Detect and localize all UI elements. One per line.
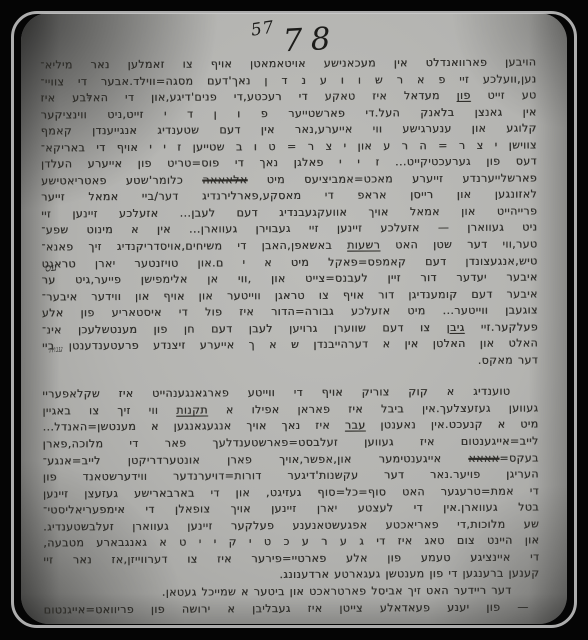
handwritten-page-number-large: 78 <box>282 21 339 60</box>
underlined-word: תקנות <box>176 403 208 416</box>
handwritten-page-number-small: 57 <box>250 17 276 40</box>
underlined-word: עבר <box>345 419 366 432</box>
struck-out-word: אלאאאה <box>202 173 247 186</box>
underlined-word: רשעות <box>347 238 380 251</box>
text-line: האלט און האלטן אין א דערהייבנדן ש א ך אי… <box>42 336 538 356</box>
underlined-word: פון <box>457 89 471 102</box>
text-line: דער מאקס. <box>42 352 538 372</box>
struck-out-word: אאאא <box>468 451 499 464</box>
photographed-document: { "document": { "type": "typewritten Yid… <box>0 0 588 640</box>
text-line: — פון יענע פעאדאלע צייטן איז געבליבן א י… <box>44 599 540 619</box>
handwritten-margin-note: ענוה <box>49 344 64 354</box>
handwritten-insert-word: עס <box>44 261 57 274</box>
typed-text-block: הויבען פארוואנדלט אין מעכאנישע אויטאמאטן… <box>40 54 539 618</box>
underlined-word: גיבן <box>447 321 465 334</box>
